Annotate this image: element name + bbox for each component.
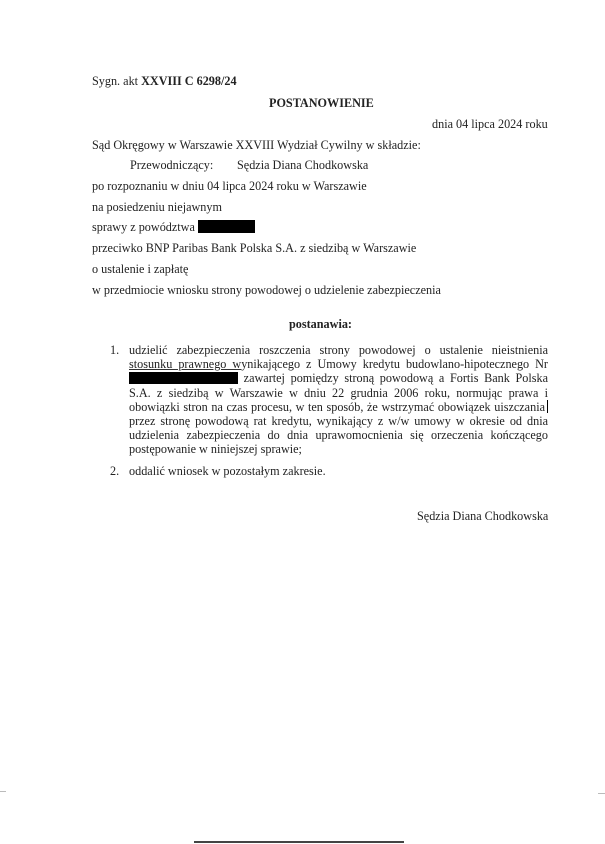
- decision-item-1: 1. udzielić zabezpieczenia roszczenia st…: [110, 343, 548, 457]
- footer-rule: [194, 841, 404, 843]
- signature-number: XXVIII C 6298/24: [141, 74, 236, 88]
- defendant-line: przeciwko BNP Paribas Bank Polska S.A. z…: [92, 241, 416, 256]
- claim-line: o ustalenie i zapłatę: [92, 262, 188, 277]
- document-title: POSTANOWIENIE: [269, 96, 374, 111]
- item-text: udzielić zabezpieczenia roszczenia stron…: [129, 343, 548, 357]
- case-signature: Sygn. akt XXVIII C 6298/24: [92, 74, 237, 89]
- signature-prefix: Sygn. akt: [92, 74, 141, 88]
- court-line: Sąd Okręgowy w Warszawie XXVIII Wydział …: [92, 138, 421, 153]
- presiding-label: Przewodniczący:: [130, 158, 213, 173]
- subject-line: w przedmiocie wniosku strony powodowej o…: [92, 283, 441, 298]
- decision-item-2: 2. oddalić wniosek w pozostałym zakresie…: [110, 464, 548, 478]
- redacted-plaintiff: [198, 220, 255, 233]
- item-number: 1.: [110, 343, 119, 357]
- left-margin-mark: [0, 791, 6, 792]
- decision-list: 1. udzielić zabezpieczenia roszczenia st…: [110, 343, 548, 478]
- item-text: oddalić wniosek w pozostałym zakresie.: [129, 464, 326, 478]
- right-margin-mark: [598, 793, 605, 794]
- item-text: ynikającego z Umowy kredytu budowlano-hi…: [241, 357, 548, 371]
- redacted-contract-number: [129, 372, 238, 384]
- date-line: dnia 04 lipca 2024 roku: [432, 117, 548, 132]
- judge-signature: Sędzia Diana Chodkowska: [417, 509, 548, 524]
- hearing-line: po rozpoznaniu w dniu 04 lipca 2024 roku…: [92, 179, 367, 194]
- plaintiff-line: sprawy z powództwa: [92, 220, 255, 235]
- item-text: przez stronę powodową rat kredytu, wynik…: [129, 414, 548, 456]
- item-text-underlined: stosunku prawnego w: [129, 357, 241, 371]
- presiding-name: Sędzia Diana Chodkowska: [237, 158, 368, 173]
- item-number: 2.: [110, 464, 119, 478]
- session-line: na posiedzeniu niejawnym: [92, 200, 222, 215]
- plaintiff-prefix: sprawy z powództwa: [92, 220, 195, 234]
- decision-heading: postanawia:: [289, 317, 352, 332]
- text-cursor: [547, 400, 548, 413]
